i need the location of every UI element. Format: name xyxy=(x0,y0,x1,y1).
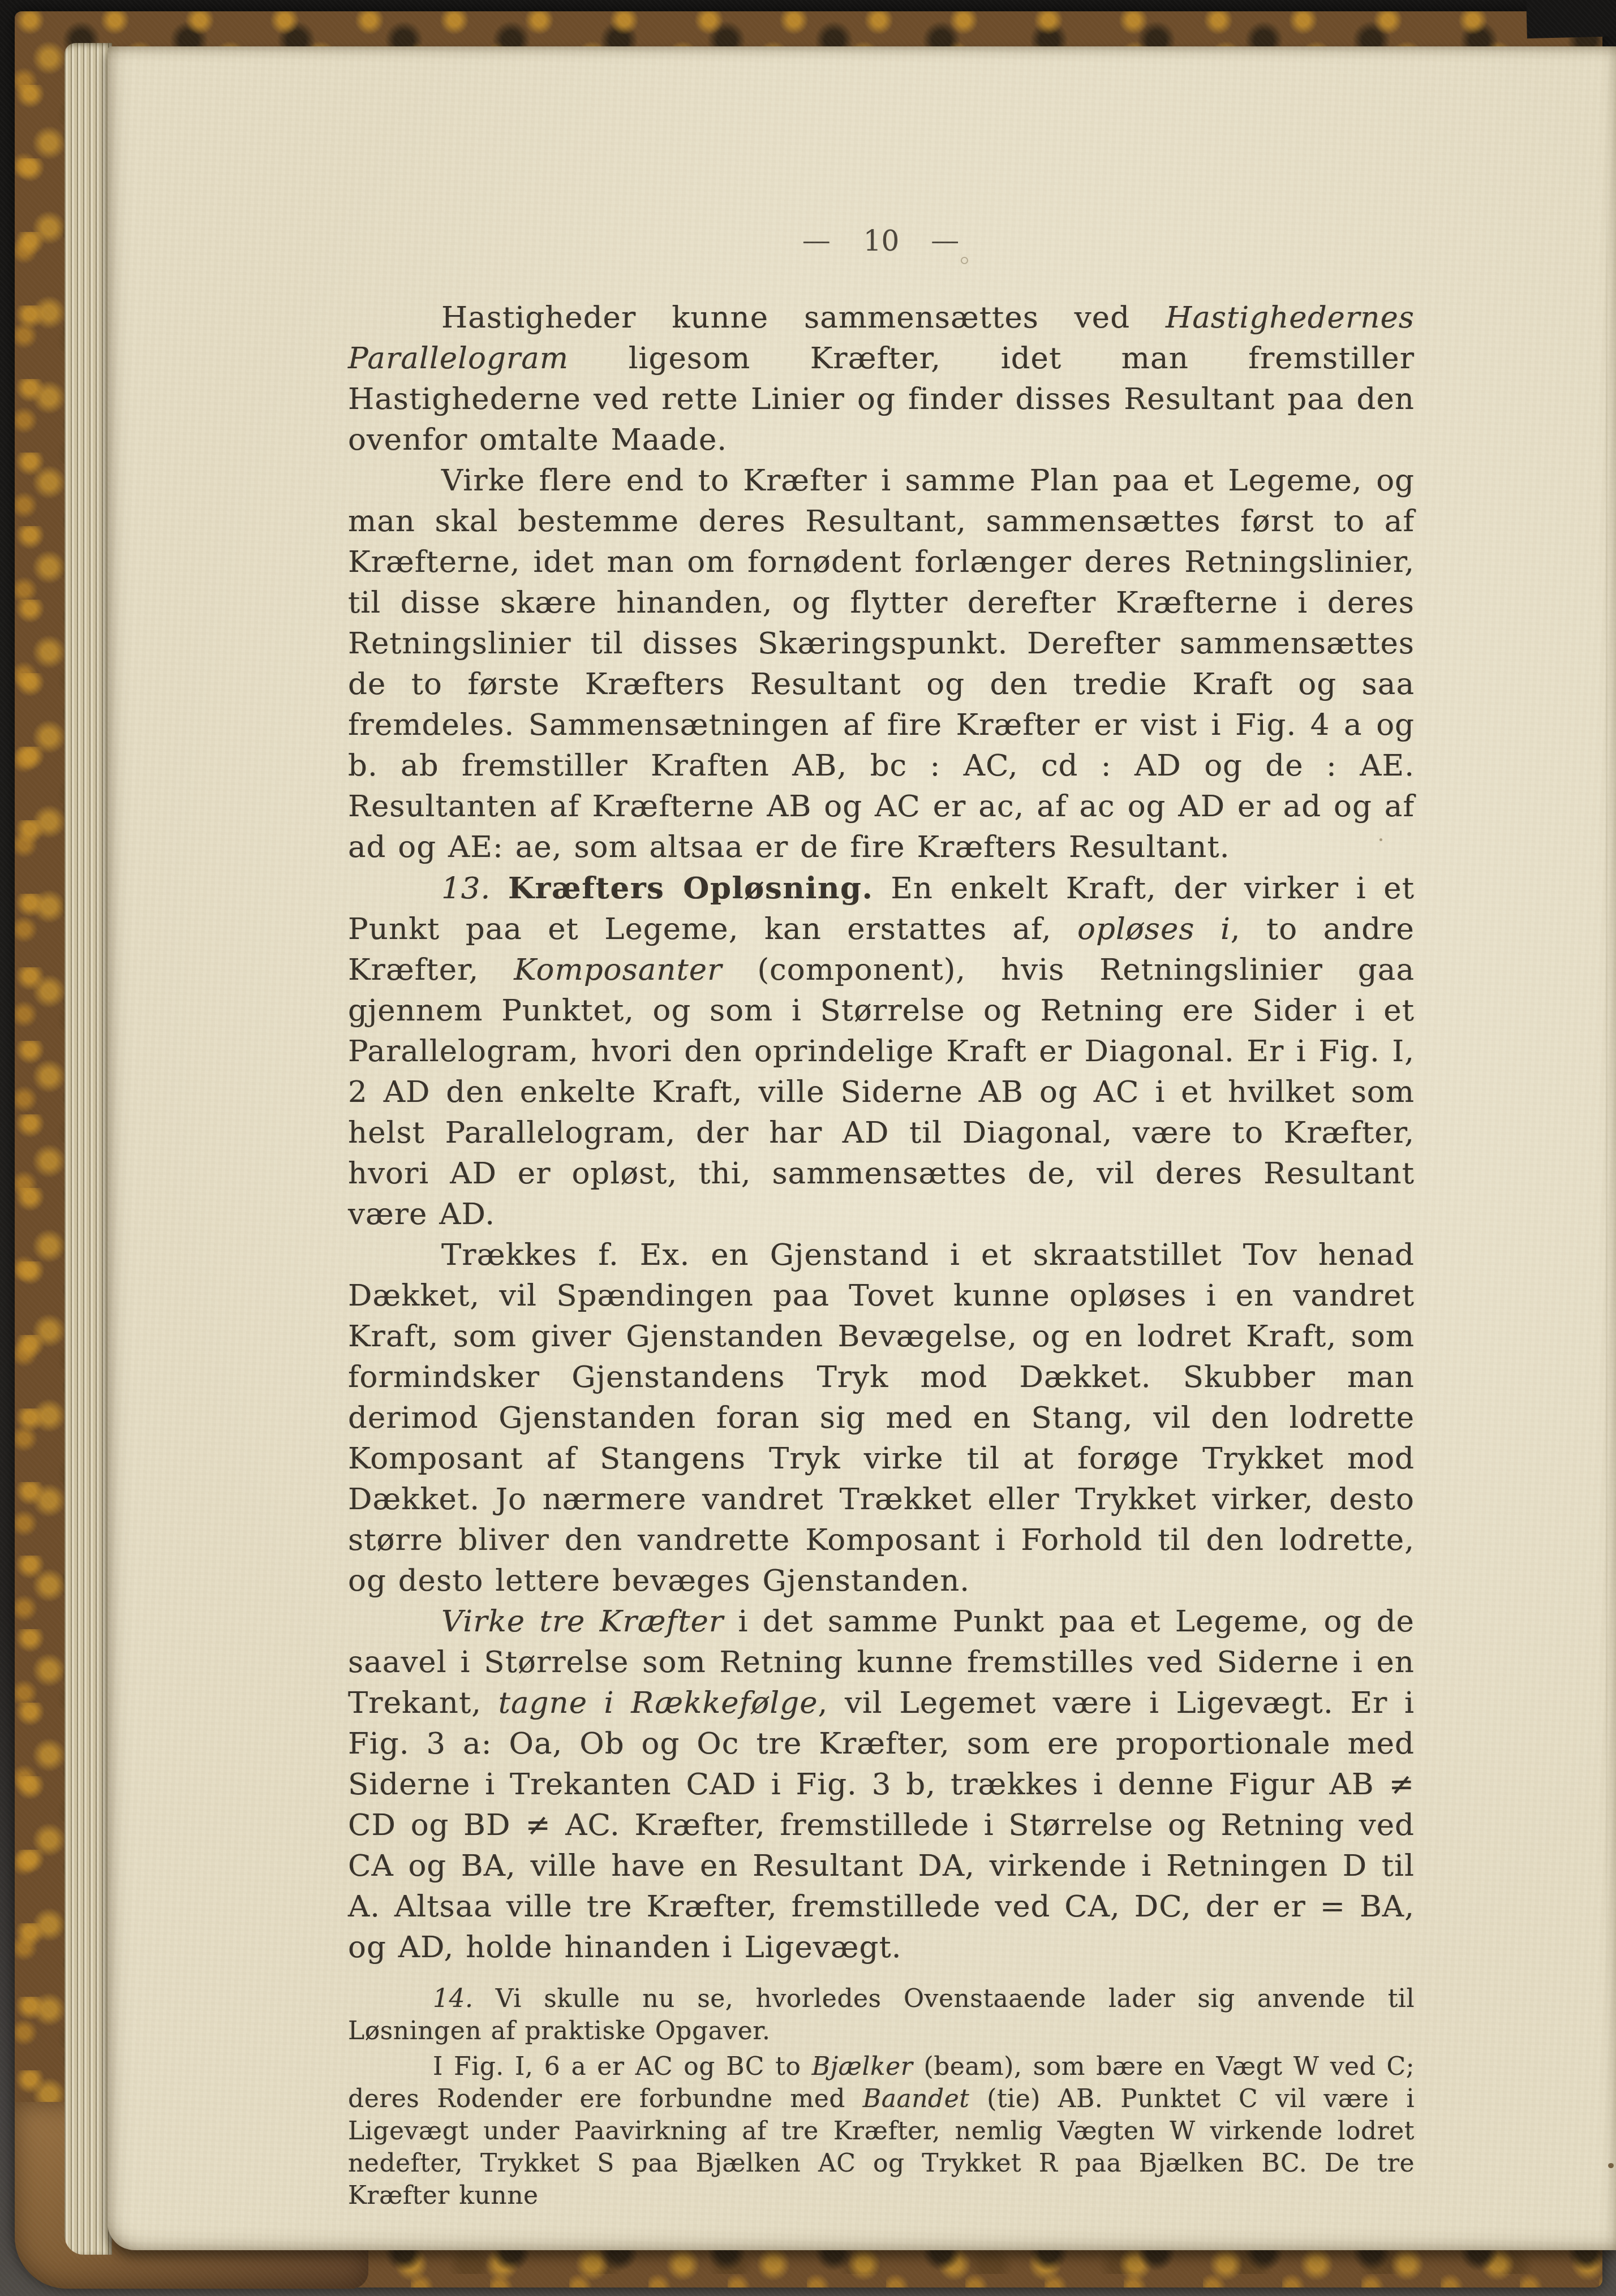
page-number-dash-right: — xyxy=(931,227,960,255)
text-segment: Komposanter xyxy=(514,953,722,987)
page-crease xyxy=(1606,148,1608,2071)
text-segment: 14. xyxy=(433,1984,473,2013)
text-block: Hastigheder kunne sammensættes ved Hasti… xyxy=(348,298,1415,2212)
page-stack-edges xyxy=(65,43,112,2255)
paragraph-section-13-forces-resolution: 13. Kræfters Opløsning. En enkelt Kraft,… xyxy=(348,868,1415,1235)
paragraph-rope-pull-example: Trækkes f. Ex. en Gjenstand i et skraats… xyxy=(348,1235,1415,1601)
text-segment: , vil Legemet være i Ligevægt. Er i Fig.… xyxy=(348,1686,1415,1965)
text-segment: Bjælker xyxy=(812,2052,913,2081)
paper-speck xyxy=(671,853,674,856)
text-segment: Trækkes f. Ex. en Gjenstand i et skraats… xyxy=(348,1238,1415,1598)
page-number-value: 10 xyxy=(863,225,900,257)
page-number-dash-left: — xyxy=(802,227,832,255)
paragraph-section-14-intro: 14. Vi skulle nu se, hvorledes Ovenstaae… xyxy=(348,1983,1415,2047)
paragraph-beams-tie-example: I Fig. I, 6 a er AC og BC to Bjælker (be… xyxy=(348,2051,1415,2212)
text-segment: Kræfters Opløsning. xyxy=(508,871,874,906)
text-segment: Virke tre Kræfter xyxy=(441,1604,724,1639)
text-segment: Hastigheder kunne sammensættes ved xyxy=(441,300,1166,335)
text-segment: I Fig. I, 6 a er AC og BC to xyxy=(433,2052,812,2081)
text-segment: opløses i xyxy=(1077,912,1231,946)
text-segment: (component), hvis Retningslinier gaa gje… xyxy=(348,953,1415,1231)
paper-speck xyxy=(1379,838,1382,841)
text-segment: 13. xyxy=(441,871,508,906)
book-page: — 10 — Hastigheder kunne sammensættes ve… xyxy=(108,46,1616,2250)
paragraph-more-than-two-forces: Virke flere end to Kræfter i samme Plan … xyxy=(348,460,1415,868)
scanner-background: — 10 — Hastigheder kunne sammensættes ve… xyxy=(0,0,1616,2296)
print-fleck xyxy=(961,257,968,264)
background-patch-top-right xyxy=(1526,0,1616,38)
text-segment: Vi skulle nu se, hvorledes Ovenstaaende … xyxy=(348,1984,1415,2045)
text-segment: tagne i Rækkefølge xyxy=(498,1686,818,1720)
paragraph-three-forces-triangle: Virke tre Kræfter i det samme Punkt paa … xyxy=(348,1601,1415,1968)
paragraph-velocities-parallelogram: Hastigheder kunne sammensættes ved Hasti… xyxy=(348,298,1415,460)
page-number: — 10 — xyxy=(348,225,1415,257)
text-segment: Virke flere end to Kræfter i samme Plan … xyxy=(348,463,1415,864)
text-segment: Baandet xyxy=(863,2084,970,2113)
paper-speck xyxy=(1608,2163,1614,2168)
